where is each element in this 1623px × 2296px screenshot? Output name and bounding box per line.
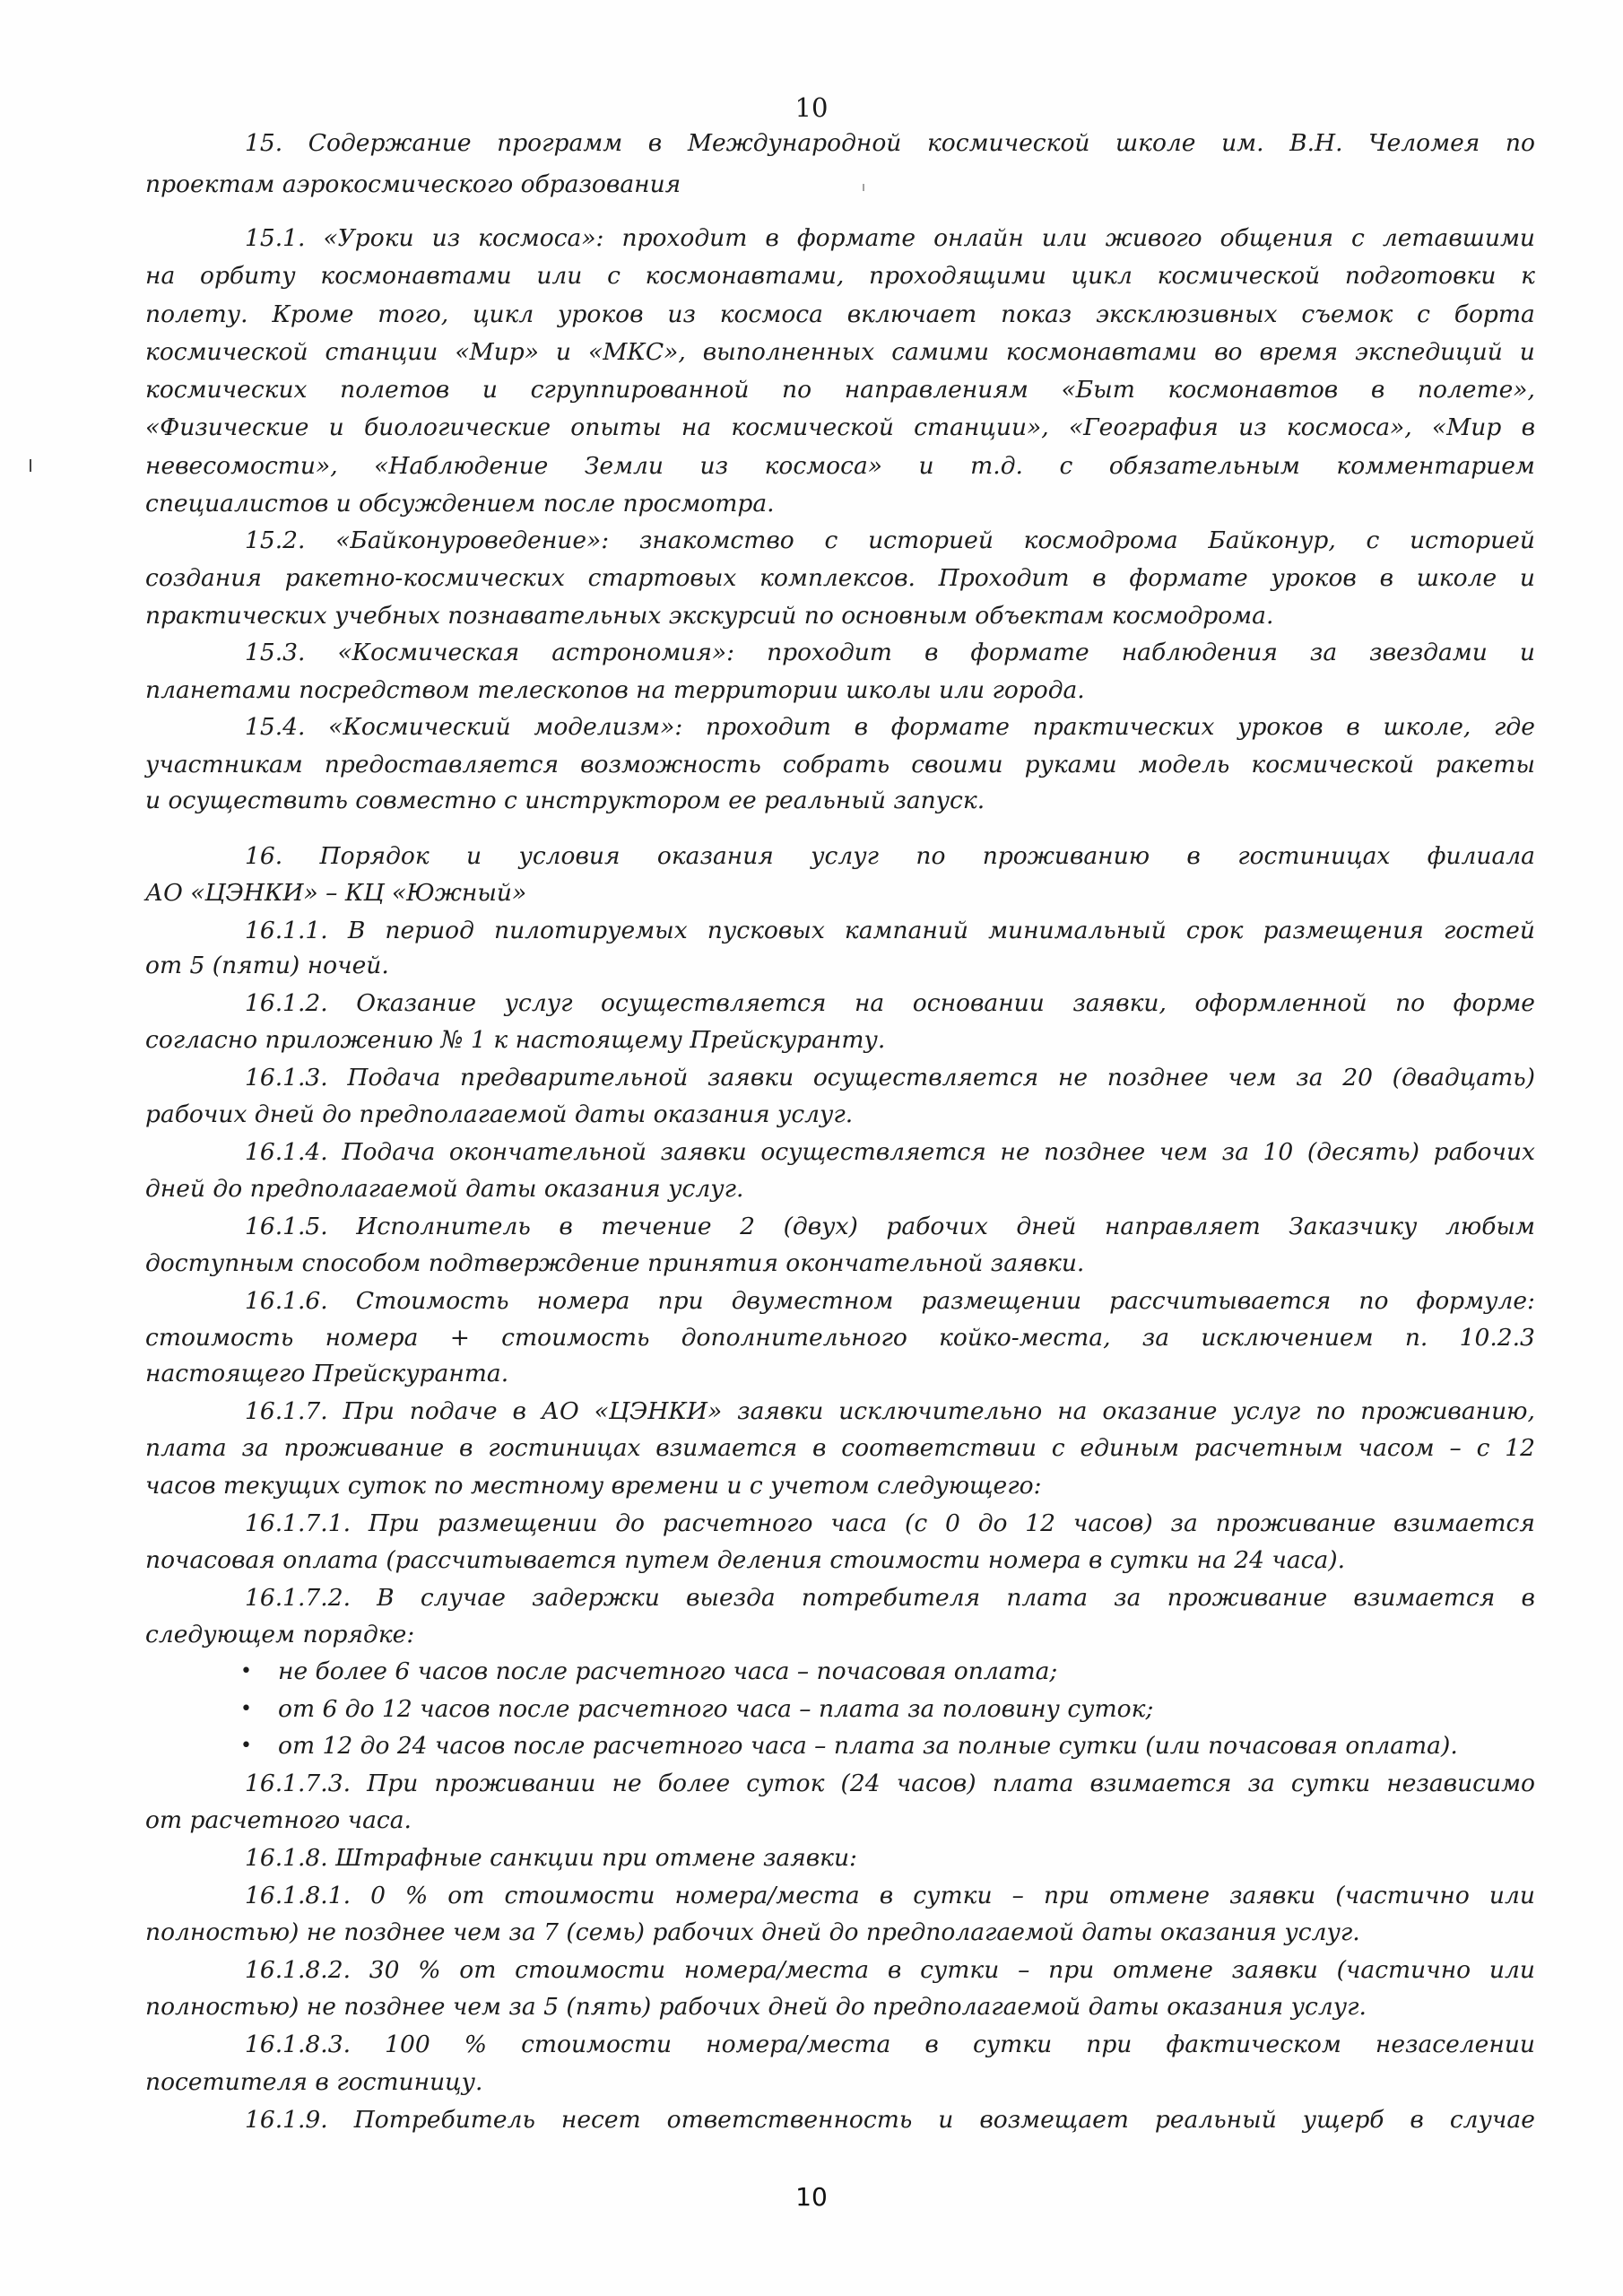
text-line: часов текущих суток по местному времени … xyxy=(145,1468,1535,1504)
text-line: доступным способом подтверждение приняти… xyxy=(145,1246,1535,1282)
text-line: практических учебных познавательных экск… xyxy=(145,598,1535,634)
page-number-top: 10 xyxy=(0,90,1623,126)
text-line: 16.1.7.3.Припроживаниинеболеесуток(24час… xyxy=(245,1766,1535,1802)
text-line: 16.1.8.2.30%отстоимостиномера/меставсутк… xyxy=(245,1952,1535,1988)
text-line: полностью) не позднее чем за 7 (семь) ра… xyxy=(145,1915,1535,1951)
text-line: «Физическиеибиологическиеопытынакосмичес… xyxy=(145,410,1535,446)
scan-artifact xyxy=(863,184,864,191)
list-item: от 12 до 24 часов после расчетного часа … xyxy=(278,1728,1535,1764)
text-line: 16.1.8.1.0%отстоимостиномера/меставсутки… xyxy=(245,1878,1535,1914)
text-line: стоимостьномера+стоимостьдополнительного… xyxy=(145,1320,1535,1356)
text-line: 15.СодержаниепрограммвМеждународнойкосми… xyxy=(245,126,1535,161)
text-line: от расчетного часа. xyxy=(145,1803,1535,1839)
text-line: 16.Порядокиусловияоказанияуслугпопрожива… xyxy=(245,839,1535,874)
bullet-icon: • xyxy=(240,1654,253,1690)
scan-artifact xyxy=(30,459,31,472)
text-line: 16.1.9.Потребительнесетответственностьив… xyxy=(245,2102,1535,2138)
text-line: дней до предполагаемой даты оказания усл… xyxy=(145,1171,1535,1207)
text-line: 16.1.3.Подачапредварительнойзаявкиосущес… xyxy=(245,1060,1535,1096)
text-line: от 5 (пяти) ночей. xyxy=(145,948,1535,984)
document-page: 10 15.СодержаниепрограммвМеждународнойко… xyxy=(0,0,1623,2296)
text-line: 16.1.6.Стоимостьномерапридвуместномразме… xyxy=(245,1283,1535,1319)
text-line: 16.1.7.1.Приразмещениидорасчетногочаса(с… xyxy=(245,1506,1535,1542)
text-line: 16.1.1.Впериодпилотируемыхпусковыхкампан… xyxy=(245,913,1535,949)
bullet-icon: • xyxy=(240,1728,253,1764)
text-line: посетителя в гостиницу. xyxy=(145,2065,1535,2100)
text-line: участникампредоставляетсявозможностьсобр… xyxy=(145,747,1535,783)
page-number-bottom: 10 xyxy=(0,2179,1623,2215)
text-line: 16.1.5.Исполнительвтечение2(двух)рабочих… xyxy=(245,1209,1535,1245)
text-line: 16.1.2.Оказаниеуслугосуществляетсянаосно… xyxy=(245,986,1535,1022)
text-line: полету.Крометого,циклуроковизкосмосавклю… xyxy=(145,297,1535,333)
text-line: 15.3.«Космическаяастрономия»:проходитвфо… xyxy=(245,635,1535,671)
text-line: космическихполетовисгруппированнойпонапр… xyxy=(145,372,1535,408)
text-line: 16.1.4.Подачаокончательнойзаявкиосуществ… xyxy=(245,1135,1535,1170)
text-line: специалистов и обсуждением после просмот… xyxy=(145,486,1535,522)
text-line: наорбитукосмонавтамиилискосмонавтами,про… xyxy=(145,258,1535,294)
text-line: 16.1.8.3.100%стоимостиномера/меставсутки… xyxy=(245,2027,1535,2063)
text-line: рабочих дней до предполагаемой даты оказ… xyxy=(145,1097,1535,1133)
text-line: невесомости»,«НаблюдениеЗемлиизкосмоса»и… xyxy=(145,448,1535,484)
text-line: АО «ЦЭНКИ» – КЦ «Южный» xyxy=(145,875,1535,911)
text-line: 15.1.«Урокиизкосмоса»:проходитвформатеон… xyxy=(245,221,1535,257)
list-item: от 6 до 12 часов после расчетного часа –… xyxy=(278,1692,1535,1727)
text-line: платазапроживаниевгостиницахвзимаетсявсо… xyxy=(145,1431,1535,1466)
bullet-icon: • xyxy=(240,1692,253,1727)
text-line: настоящего Прейскуранта. xyxy=(145,1356,1535,1392)
text-line: планетами посредством телескопов на терр… xyxy=(145,673,1535,709)
text-line: полностью) не позднее чем за 5 (пять) ра… xyxy=(145,1989,1535,2025)
list-item: не более 6 часов после расчетного часа –… xyxy=(278,1654,1535,1690)
text-line: 15.4.«Космическиймоделизм»:проходитвформ… xyxy=(245,709,1535,745)
text-line: почасовая оплата (рассчитывается путем д… xyxy=(145,1543,1535,1578)
text-line: согласно приложению № 1 к настоящему Пре… xyxy=(145,1022,1535,1058)
text-line: следующем порядке: xyxy=(145,1617,1535,1653)
text-line: созданияракетно-космическихстартовыхкомп… xyxy=(145,561,1535,596)
text-line: проектам аэрокосмического образования xyxy=(145,167,1535,203)
text-line: и осуществить совместно с инструктором е… xyxy=(145,783,1535,819)
text-line: 16.1.7.ПриподачевАО«ЦЭНКИ»заявкиисключит… xyxy=(245,1394,1535,1430)
text-line: 16.1.7.2.Вслучаезадержкивыездапотребител… xyxy=(245,1580,1535,1616)
text-line: 15.2.«Байконуроведение»:знакомствосистор… xyxy=(245,523,1535,559)
text-line: 16.1.8. Штрафные санкции при отмене заяв… xyxy=(245,1840,1535,1876)
text-line: космическойстанции«Мир»и«МКС»,выполненны… xyxy=(145,335,1535,370)
